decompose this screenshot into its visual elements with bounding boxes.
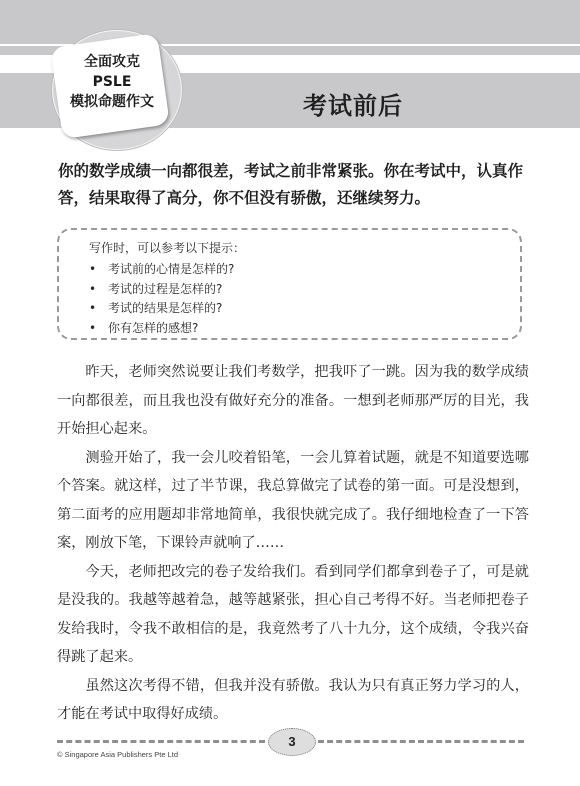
- tip-item: •你有怎样的感想?: [89, 319, 234, 339]
- tip-text: 考试前的心情是怎样的?: [108, 262, 234, 276]
- badge-line-2: PSLE: [52, 72, 172, 92]
- tips-list: •考试前的心情是怎样的? •考试的过程是怎样的? •考试的结果是怎样的? •你有…: [89, 260, 234, 338]
- footer-divider-left: [57, 740, 265, 743]
- tips-heading: 写作时，可以参考以下提示：: [89, 239, 245, 256]
- tip-text: 考试的结果是怎样的?: [108, 301, 222, 315]
- footer-divider-right: [318, 740, 524, 743]
- prompt-line: 你的数学成绩一向都很差，考试之前非常紧张。你在考试中，认真作: [58, 158, 528, 185]
- writing-tips-box: 写作时，可以参考以下提示： •考试前的心情是怎样的? •考试的过程是怎样的? •…: [57, 228, 522, 340]
- tip-text: 考试的过程是怎样的?: [108, 282, 222, 296]
- page-number: 3: [268, 728, 316, 756]
- essay-paragraph: 测验开始了，我一会儿咬着铅笔，一会儿算着试题，就是不知道要选哪个答案。就这样，过…: [57, 444, 529, 558]
- essay-paragraph: 虽然这次考得不错，但我并没有骄傲。我认为只有真正努力学习的人，才能在考试中取得好…: [57, 672, 529, 729]
- badge-line-1: 全面攻克: [52, 52, 172, 72]
- bullet-icon: •: [89, 319, 108, 339]
- essay-prompt: 你的数学成绩一向都很差，考试之前非常紧张。你在考试中，认真作 答，结果取得了高分…: [58, 158, 528, 212]
- tip-text: 你有怎样的感想?: [108, 321, 198, 335]
- copyright-notice: © Singapore Asia Publishers Pte Ltd: [57, 750, 178, 759]
- model-essay: 昨天，老师突然说要让我们考数学，把我吓了一跳。因为我的数学成绩一向都很差，而且我…: [57, 358, 529, 729]
- prompt-line: 答，结果取得了高分，你不但没有骄傲，还继续努力。: [58, 185, 528, 212]
- tip-item: •考试的过程是怎样的?: [89, 280, 234, 300]
- essay-paragraph: 昨天，老师突然说要让我们考数学，把我吓了一跳。因为我的数学成绩一向都很差，而且我…: [57, 358, 529, 444]
- badge-line-3: 模拟命题作文: [52, 92, 172, 112]
- series-badge-text: 全面攻克 PSLE 模拟命题作文: [52, 52, 172, 112]
- tip-item: •考试前的心情是怎样的?: [89, 260, 234, 280]
- essay-paragraph: 今天，老师把改完的卷子发给我们。看到同学们都拿到卷子了，可是就是没我的。我越等越…: [57, 558, 529, 672]
- page-title: 考试前后: [303, 86, 403, 121]
- tip-item: •考试的结果是怎样的?: [89, 299, 234, 319]
- bullet-icon: •: [89, 299, 108, 319]
- bullet-icon: •: [89, 260, 108, 280]
- bullet-icon: •: [89, 280, 108, 300]
